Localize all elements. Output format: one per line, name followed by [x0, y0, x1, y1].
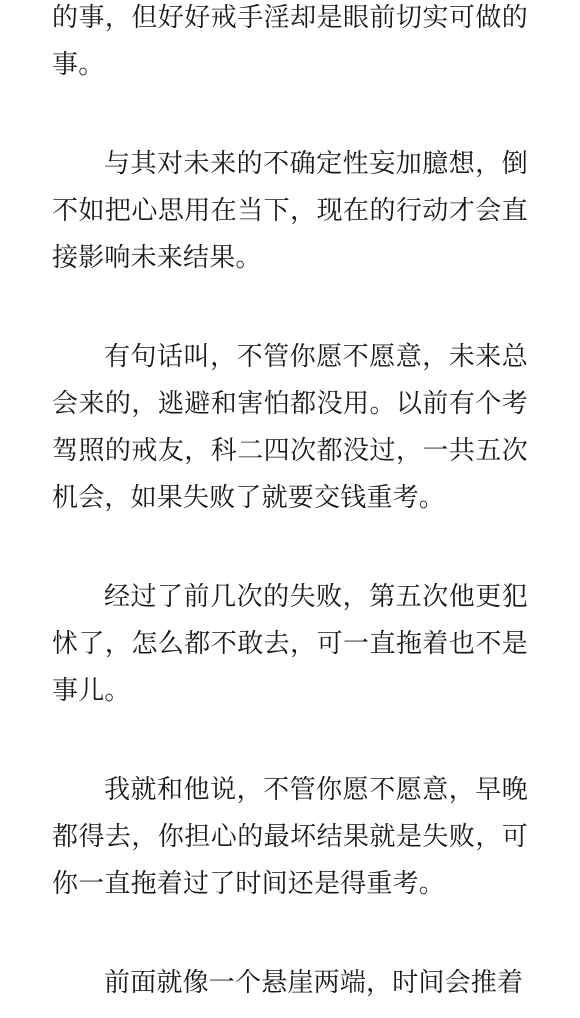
reader-page: 的事，但好好戒手淫却是眼前切实可做的事。 与其对未来的不确定性妄加臆想，倒不如把… — [0, 0, 580, 1018]
paragraph: 的事，但好好戒手淫却是眼前切实可做的事。 — [52, 0, 528, 88]
paragraph: 我就和他说，不管你愿不愿意，早晚都得去，你担心的最坏结果就是失败，可你一直拖着过… — [52, 766, 528, 907]
paragraph: 前面就像一个悬崖两端，时间会推着 — [52, 959, 528, 1006]
paragraph: 经过了前几次的失败，第五次他更犯怵了，怎么都不敢去，可一直拖着也不是事儿。 — [52, 573, 528, 714]
article-body: 的事，但好好戒手淫却是眼前切实可做的事。 与其对未来的不确定性妄加臆想，倒不如把… — [0, 0, 580, 1006]
paragraph: 有句话叫，不管你愿不愿意，未来总会来的，逃避和害怕都没用。以前有个考驾照的戒友，… — [52, 333, 528, 521]
paragraph: 与其对未来的不确定性妄加臆想，倒不如把心思用在当下，现在的行动才会直接影响未来结… — [52, 140, 528, 281]
